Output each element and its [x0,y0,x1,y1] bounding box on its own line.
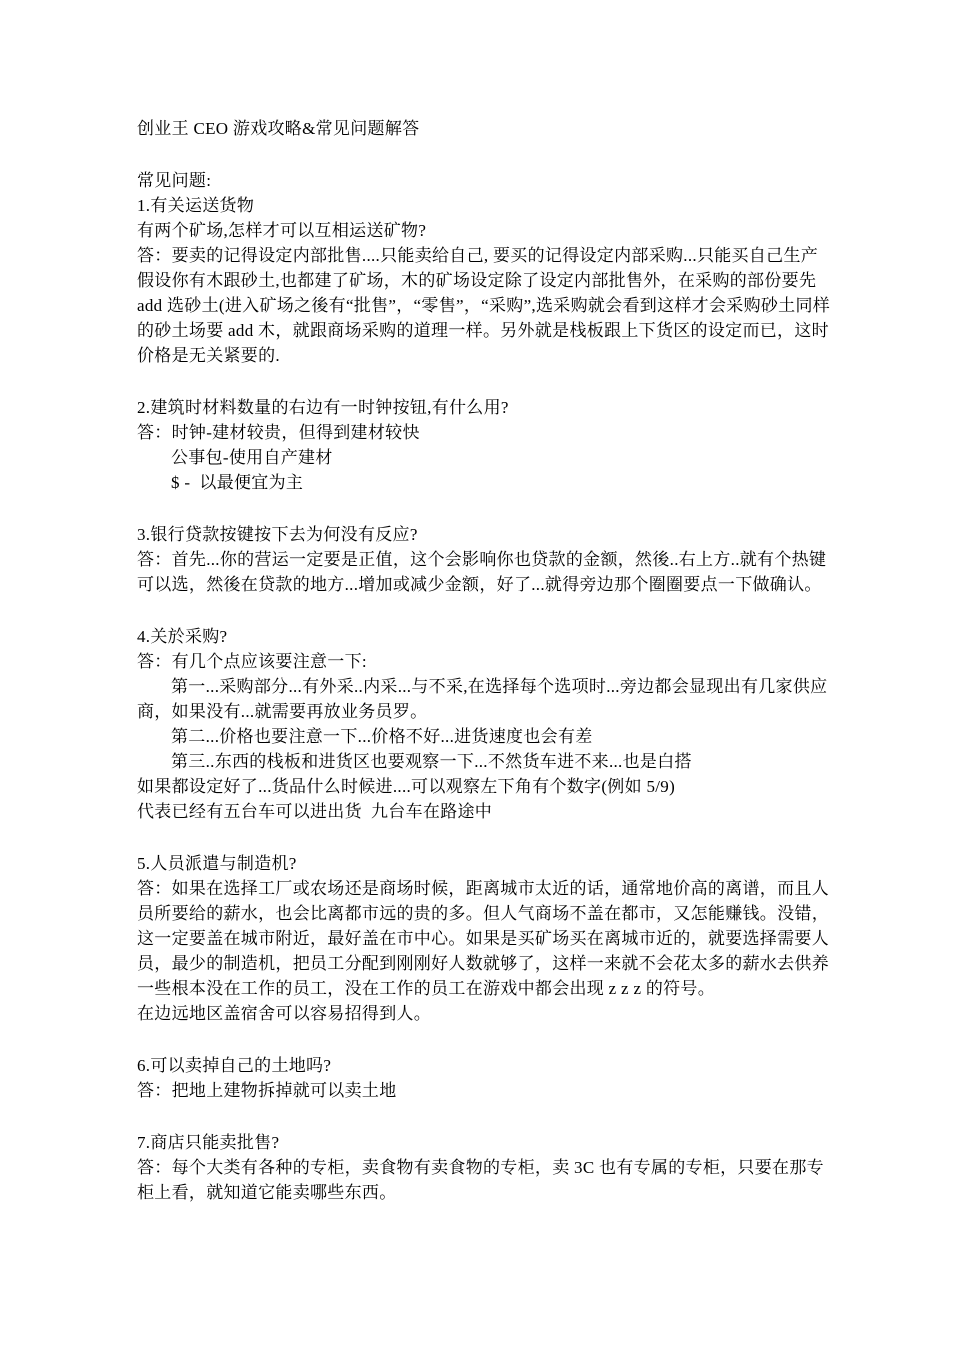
question-7-title: 7.商店只能卖批售? [137,1130,834,1155]
answer-5-line: 在边远地区盖宿舍可以容易招得到人。 [137,1001,834,1026]
answer-5-line: 一些根本没在工作的员工，没在工作的员工在游戏中都会出现 z z z 的符号。 [137,976,834,1001]
section-q2: 2.建筑时材料数量的右边有一时钟按钮,有什么用? 答：时钟-建材较贵，但得到建材… [137,395,834,495]
answer-1-line: 答：要卖的记得设定内部批售....只能卖给自己, 要买的记得设定内部采购...只… [137,243,834,268]
section-q5: 5.人员派遣与制造机? 答：如果在选择工厂或农场还是商场时候，距离城市太近的话，… [137,851,834,1026]
section-q7: 7.商店只能卖批售? 答：每个大类有各种的专柜，卖食物有卖食物的专柜，卖 3C … [137,1130,834,1205]
question-1-detail: 有两个矿场,怎样才可以互相运送矿物? [137,218,834,243]
answer-1-line: 假设你有木跟砂土,也都建了矿场，木的矿场设定除了设定内部批售外，在采购的部份要先 [137,268,834,293]
section-q3: 3.银行贷款按键按下去为何没有反应? 答：首先...你的营运一定要是正值，这个会… [137,522,834,597]
question-5-title: 5.人员派遣与制造机? [137,851,834,876]
section-q4: 4.关於采购? 答：有几个点应该要注意一下: 第一...采购部分...有外采..… [137,624,834,824]
answer-2-line: 答：时钟-建材较贵，但得到建材较快 [137,420,834,445]
answer-7-line: 答：每个大类有各种的专柜，卖食物有卖食物的专柜，卖 3C 也有专属的专柜，只要在… [137,1155,834,1180]
title-block: 创业王 CEO 游戏攻略&常见问题解答 [137,116,834,141]
answer-1-line: 的砂土场要 add 木，就跟商场采购的道理一样。另外就是栈板跟上下货区的设定而已… [137,318,834,343]
answer-4-line: 第三..东西的栈板和进货区也要观察一下...不然货车进不来...也是白搭 [137,749,834,774]
section-q6: 6.可以卖掉自己的土地吗? 答：把地上建物拆掉就可以卖土地 [137,1053,834,1103]
answer-5-line: 答：如果在选择工厂或农场还是商场时候，距离城市太近的话，通常地价高的离谱，而且人 [137,876,834,901]
question-2-title: 2.建筑时材料数量的右边有一时钟按钮,有什么用? [137,395,834,420]
answer-3-line: 答：首先...你的营运一定要是正值，这个会影响你也贷款的金额，然後..右上方..… [137,547,834,572]
answer-5-line: 员，最少的制造机，把员工分配到刚刚好人数就够了，这样一来就不会花太多的薪水去供养 [137,951,834,976]
answer-3-line: 可以选，然後在贷款的地方...增加或减少金额，好了...就得旁边那个圈圈要点一下… [137,572,834,597]
question-3-title: 3.银行贷款按键按下去为何没有反应? [137,522,834,547]
answer-5-line: 这一定要盖在城市附近，最好盖在市中心。如果是买矿场买在离城市近的，就要选择需要人 [137,926,834,951]
answer-7-line: 柜上看，就知道它能卖哪些东西。 [137,1180,834,1205]
document-page: 创业王 CEO 游戏攻略&常见问题解答 常见问题: 1.有关运送货物 有两个矿场… [0,0,959,1356]
document-title: 创业王 CEO 游戏攻略&常见问题解答 [137,116,834,141]
answer-4-line: 代表已经有五台车可以进出货 九台车在路途中 [137,799,834,824]
section-q1: 常见问题: 1.有关运送货物 有两个矿场,怎样才可以互相运送矿物? 答：要卖的记… [137,168,834,368]
question-6-title: 6.可以卖掉自己的土地吗? [137,1053,834,1078]
answer-4-line: 如果都设定好了...货品什么时候进....可以观察左下角有个数字(例如 5/9) [137,774,834,799]
faq-heading: 常见问题: [137,168,834,193]
answer-5-line: 员所要给的薪水，也会比离都市远的贵的多。但人气商场不盖在都市，又怎能赚钱。没错， [137,901,834,926]
question-4-title: 4.关於采购? [137,624,834,649]
answer-2-line: $ - 以最便宜为主 [137,470,834,495]
answer-4-line: 第一...采购部分...有外采..内采...与不采,在选择每个选项时...旁边都… [137,674,834,699]
answer-4-line: 答：有几个点应该要注意一下: [137,649,834,674]
answer-4-line: 商，如果没有...就需要再放业务员罗。 [137,699,834,724]
answer-1-line: 价格是无关紧要的. [137,343,834,368]
question-1-title: 1.有关运送货物 [137,193,834,218]
answer-6-line: 答：把地上建物拆掉就可以卖土地 [137,1078,834,1103]
answer-4-line: 第二...价格也要注意一下...价格不好...进货速度也会有差 [137,724,834,749]
answer-1-line: add 选砂土(进入矿场之後有“批售”，“零售”，“采购”,选采购就会看到这样才… [137,293,834,318]
answer-2-line: 公事包-使用自产建材 [137,445,834,470]
